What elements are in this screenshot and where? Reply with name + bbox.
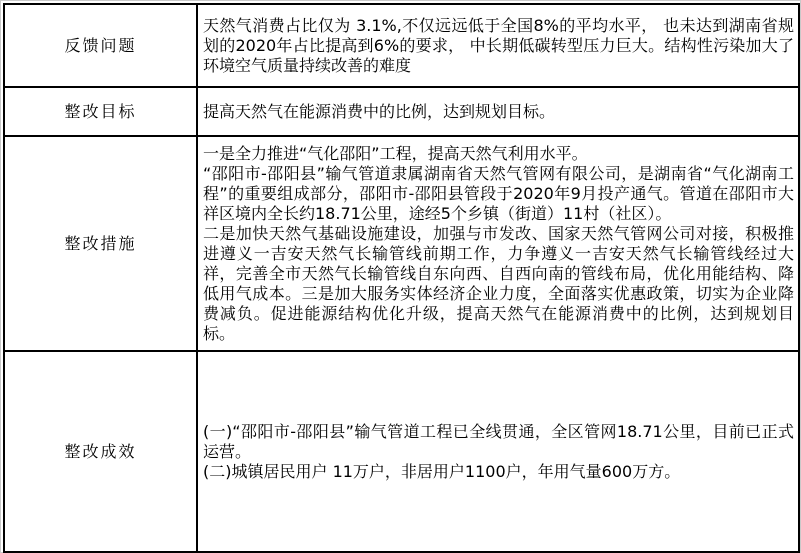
row-label-feedback-issue: 反馈问题 [4,4,197,87]
row-content-feedback-issue: 天然气消费占比仅为 3.1%,不仅远远低于全国8%的平均水平， 也未达到湖南省规… [197,4,799,87]
row-label-rectification-goal: 整改目标 [4,87,197,136]
row-content-rectification-goal: 提高天然气在能源消费中的比例，达到规划目标。 [197,87,799,136]
rectification-table: 反馈问题 天然气消费占比仅为 3.1%,不仅远远低于全国8%的平均水平， 也未达… [3,3,800,553]
document-page: 反馈问题 天然气消费占比仅为 3.1%,不仅远远低于全国8%的平均水平， 也未达… [0,0,801,553]
table-row-rectification-results: 整改成效 (一)“邵阳市-邵阳县”输气管道工程已全线贯通，全区管网18.71公里… [4,351,799,552]
row-content-rectification-results: (一)“邵阳市-邵阳县”输气管道工程已全线贯通，全区管网18.71公里，目前已正… [197,351,799,552]
table-row-feedback-issue: 反馈问题 天然气消费占比仅为 3.1%,不仅远远低于全国8%的平均水平， 也未达… [4,4,799,87]
table-row-rectification-goal: 整改目标 提高天然气在能源消费中的比例，达到规划目标。 [4,87,799,136]
row-label-rectification-results: 整改成效 [4,351,197,552]
row-label-rectification-measures: 整改措施 [4,136,197,351]
row-content-rectification-measures: 一是全力推进“气化邵阳”工程，提高天然气利用水平。 “邵阳市-邵阳县”输气管道隶… [197,136,799,351]
table-row-rectification-measures: 整改措施 一是全力推进“气化邵阳”工程，提高天然气利用水平。 “邵阳市-邵阳县”… [4,136,799,351]
